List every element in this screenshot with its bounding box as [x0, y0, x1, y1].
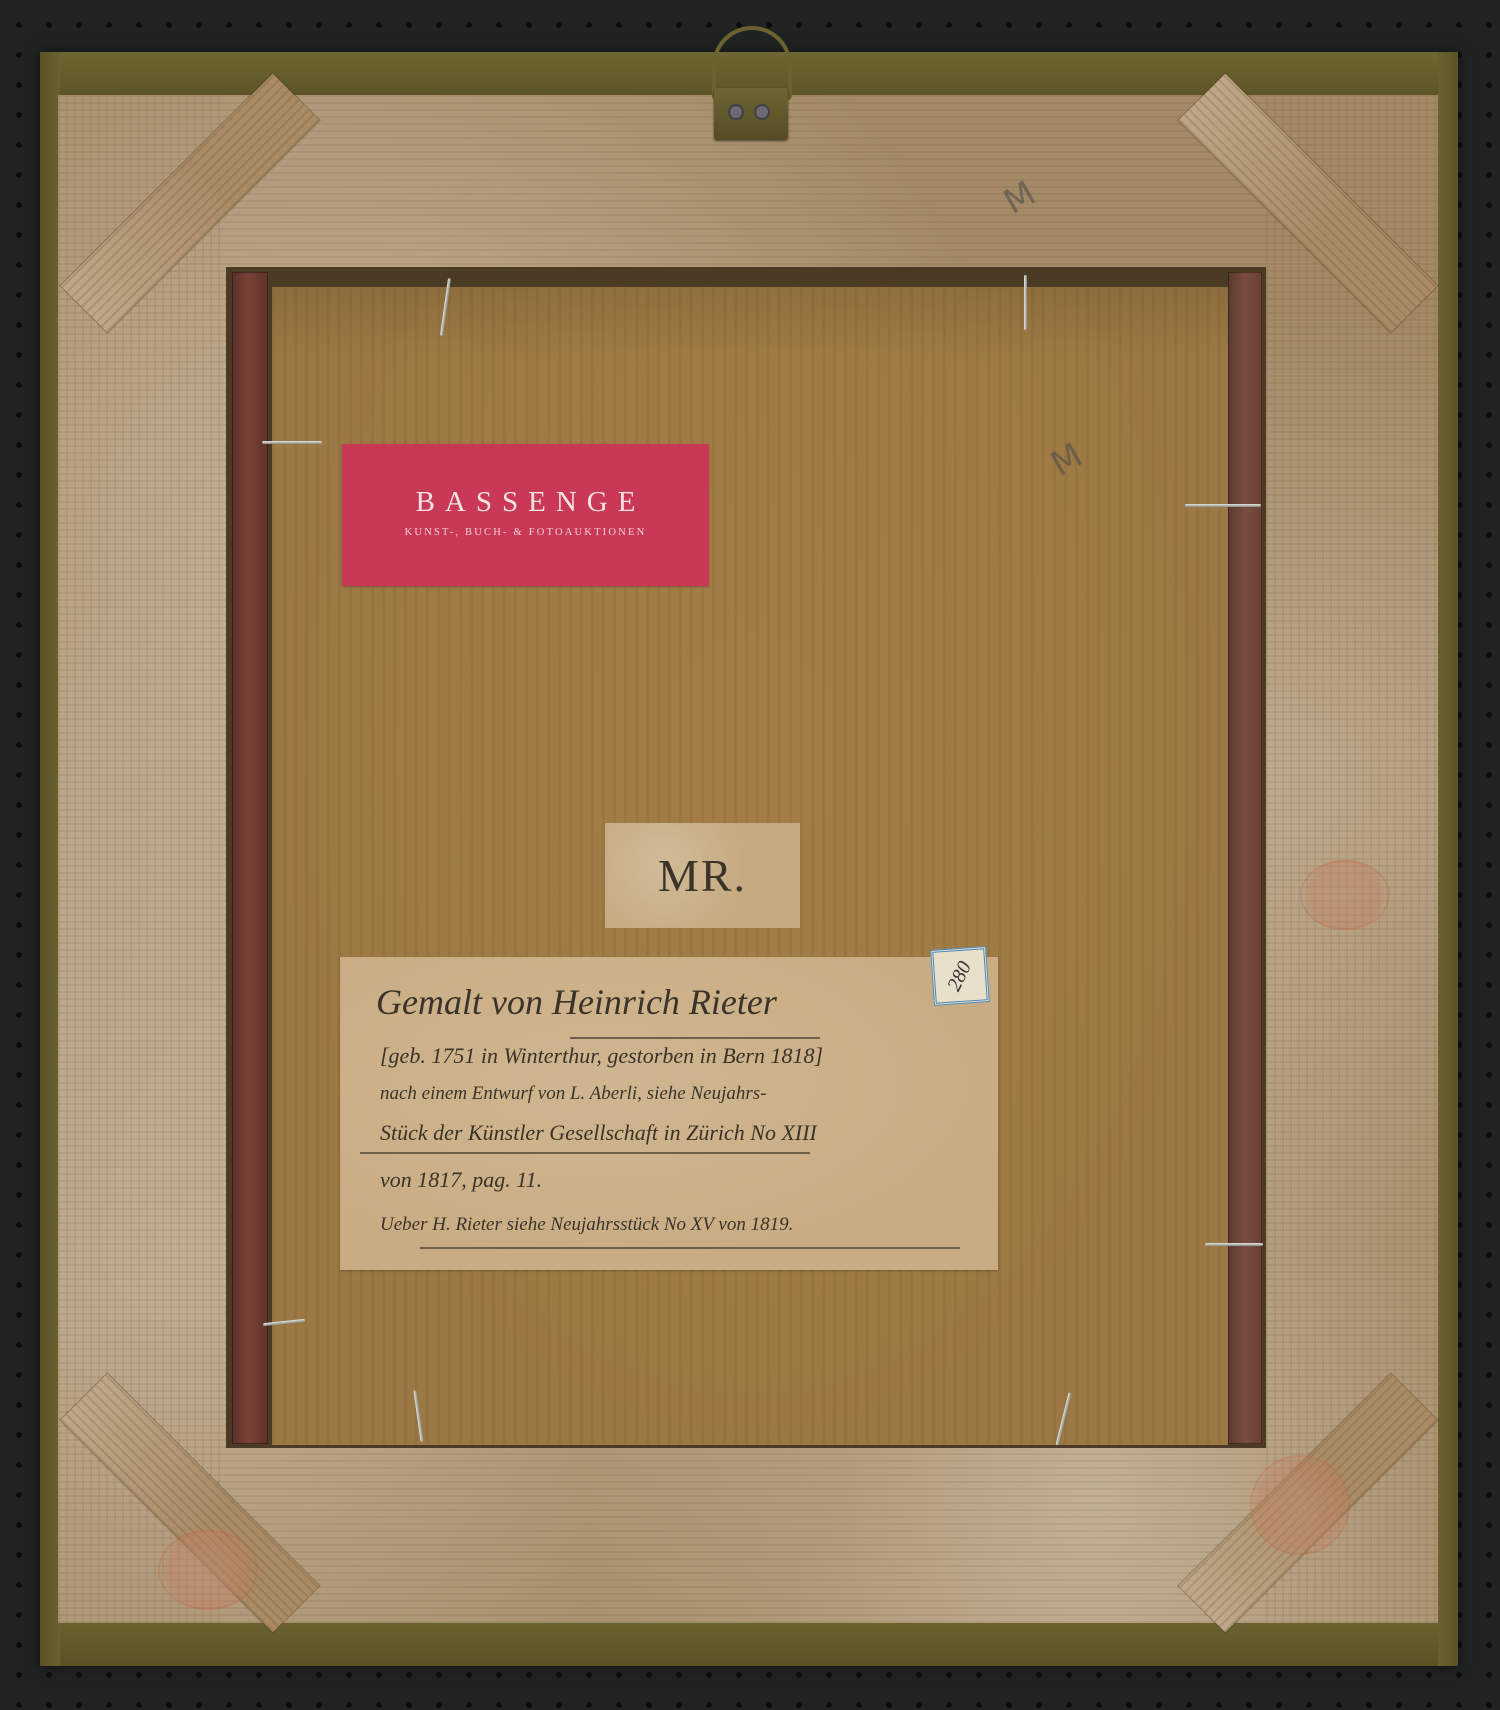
stretcher-left-rail [58, 95, 226, 1623]
screw-icon [754, 104, 770, 120]
frame-bevel-bottom [40, 1622, 1458, 1666]
screw-icon [728, 104, 744, 120]
nail [1185, 504, 1261, 507]
frame-bevel-left [40, 52, 60, 1666]
provenance-line-1: [geb. 1751 in Winterthur, gestorben in B… [380, 1043, 823, 1069]
inventory-number: 280 [943, 957, 977, 994]
frame-bevel-right [1438, 52, 1458, 1666]
wax-stain-right [1300, 860, 1390, 930]
wax-stain-bottom-left [158, 1530, 258, 1610]
nail [1024, 275, 1027, 330]
slip-right [1228, 272, 1262, 1444]
monogram-text: MR. [658, 849, 747, 902]
monogram-label: MR. [605, 823, 800, 928]
wax-stain-bottom-right [1250, 1455, 1350, 1555]
provenance-title: Gemalt von Heinrich Rieter [376, 981, 777, 1023]
provenance-line-3: Stück der Künstler Gesellschaft in Züric… [380, 1120, 817, 1146]
slip-left [232, 272, 268, 1444]
provenance-line-5: Ueber H. Rieter siehe Neujahrsstück No X… [380, 1214, 793, 1236]
line-3-underline [360, 1152, 810, 1154]
nail [262, 441, 322, 444]
stretcher-right-rail [1266, 95, 1438, 1623]
inventory-number-sticker: 280 [930, 946, 990, 1006]
nail [1205, 1243, 1263, 1246]
provenance-line-4: von 1817, pag. 11. [380, 1167, 542, 1193]
provenance-line-2: nach einem Entwurf von L. Aberli, siehe … [380, 1083, 766, 1105]
provenance-label: Gemalt von Heinrich Rieter [geb. 1751 in… [340, 957, 998, 1270]
auction-house-name: BASSENGE [406, 486, 646, 519]
hanger-plate [714, 88, 788, 140]
title-underline [570, 1037, 820, 1039]
line-5-underline [420, 1247, 960, 1249]
auction-house-label: BASSENGE KUNST-, BUCH- & FOTOAUKTIONEN [342, 444, 709, 586]
auction-house-tagline: KUNST-, BUCH- & FOTOAUKTIONEN [405, 527, 647, 538]
